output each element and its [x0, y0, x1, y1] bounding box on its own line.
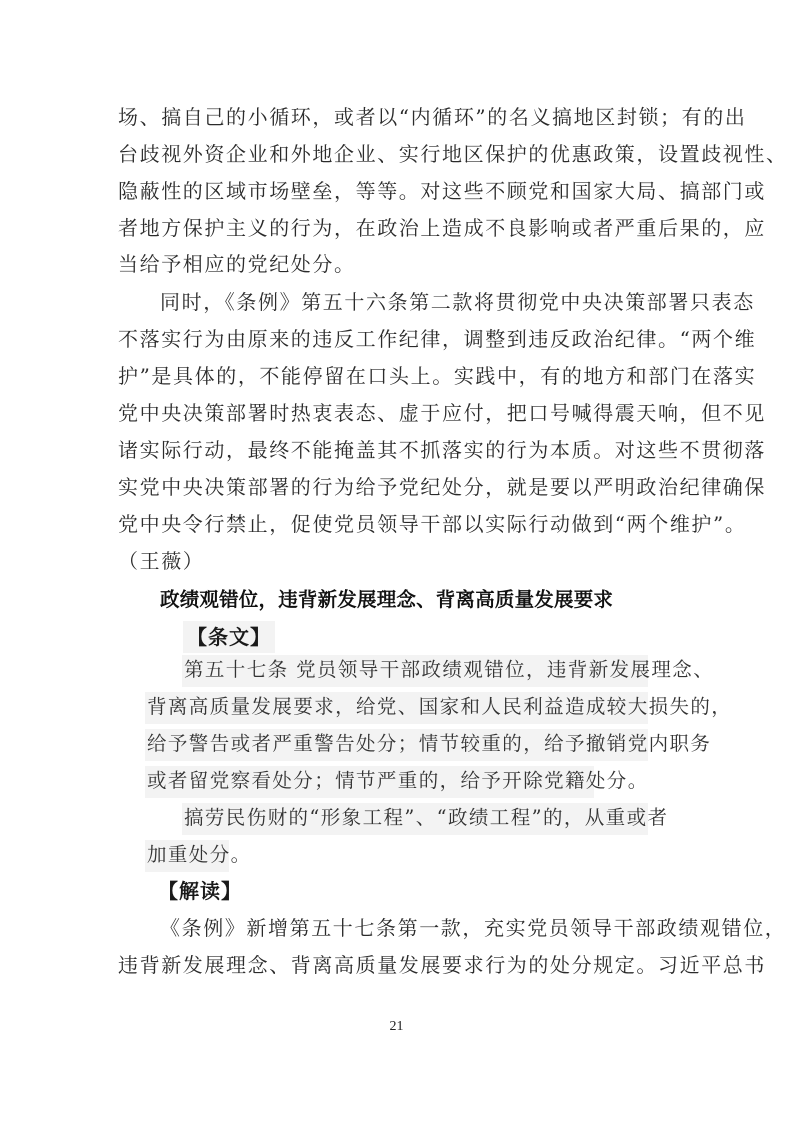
page-number: 21 [0, 1019, 793, 1035]
body-line: 党中央令行禁止，促使党员领导干部以实际行动做到“两个维护”。 [118, 510, 674, 538]
body-line: 党中央决策部署时热衷表态、虚于应付，把口号喊得震天响，但不见 [118, 399, 674, 427]
body-line: 诸实际行动，最终不能掩盖其不抓落实的行为本质。对这些不贯彻落 [118, 436, 674, 464]
body-line: 《条例》新增第五十七条第一款，充实党员领导干部政绩观错位， [160, 914, 674, 942]
article-line: 第五十七条 党员领导干部政绩观错位，违背新发展理念、 [182, 655, 648, 687]
article-line: 或者留党察看处分；情节严重的，给予开除党籍处分。 [145, 766, 594, 798]
article-line: 背离高质量发展要求，给党、国家和人民利益造成较大损失的， [145, 692, 648, 724]
article-line: 搞劳民伤财的“形象工程”、“政绩工程”的，从重或者 [182, 803, 648, 835]
body-line: 违背新发展理念、背离高质量发展要求行为的处分规定。习近平总书 [118, 951, 674, 979]
body-line: 隐蔽性的区域市场壁垒，等等。对这些不顾党和国家大局、搞部门或 [118, 177, 674, 205]
section-heading: 政绩观错位，违背新发展理念、背离高质量发展要求 [160, 586, 613, 614]
article-tag: 【条文】 [183, 621, 275, 653]
body-line: 不落实行为由原来的违反工作纪律，调整到违反政治纪律。“两个维 [118, 325, 674, 353]
body-line: 实党中央决策部署的行为给予党纪处分，就是要以严明政治纪律确保 [118, 473, 674, 501]
body-line: 场、搞自己的小循环，或者以“内循环”的名义搞地区封锁；有的出 [118, 103, 674, 131]
body-line: 护”是具体的，不能停留在口头上。实践中，有的地方和部门在落实 [118, 362, 674, 390]
body-line: 台歧视外资企业和外地企业、实行地区保护的优惠政策，设置歧视性、 [118, 140, 674, 168]
article-line: 给予警告或者严重警告处分；情节较重的，给予撤销党内职务 [145, 729, 648, 761]
interpretation-tag: 【解读】 [158, 877, 242, 905]
body-line: 同时，《条例》第五十六条第二款将贯彻党中央决策部署只表态 [160, 288, 674, 316]
body-line: 者地方保护主义的行为，在政治上造成不良影响或者严重后果的，应 [118, 214, 674, 242]
body-line: 当给予相应的党纪处分。 [118, 250, 674, 278]
document-page: 场、搞自己的小循环，或者以“内循环”的名义搞地区封锁；有的出 台歧视外资企业和外… [0, 0, 793, 1122]
article-line: 加重处分。 [145, 840, 229, 872]
author-credit: （王薇） [118, 547, 674, 575]
